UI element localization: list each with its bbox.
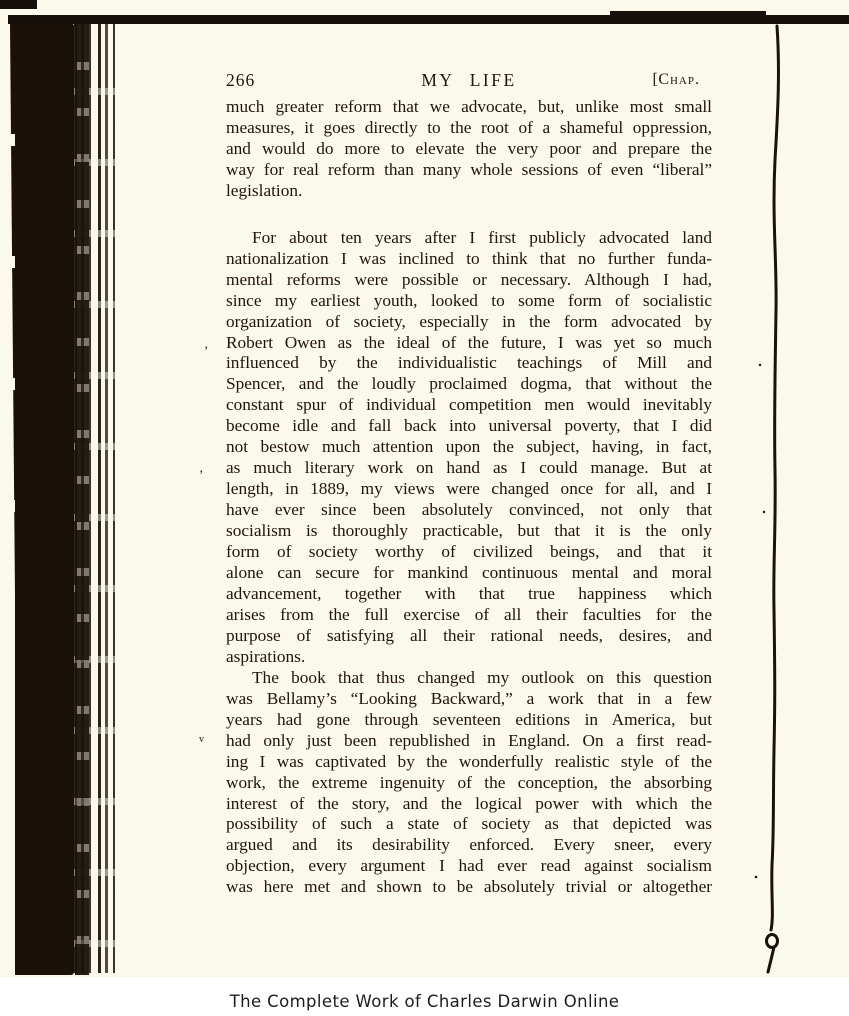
text-line: was Bellamy’s “Looking Backward,” a work… — [226, 689, 712, 710]
chapter-marker: [Chap. — [652, 71, 700, 89]
book-page-scan: 266 MY LIFE [Chap. much greater reform t… — [0, 0, 849, 978]
text-line: socialism is thoroughly practicable, but… — [226, 521, 712, 542]
text-line: form of society worthy of civilized bein… — [226, 542, 712, 563]
text-line: had only just been republished in Englan… — [226, 731, 712, 752]
text-line: much greater reform that we advocate, bu… — [226, 97, 712, 118]
text-line: not bestow much attention upon the subje… — [226, 437, 712, 458]
text-line: constant spur of individual competition … — [226, 395, 712, 416]
text-line: and would do more to elevate the very po… — [226, 139, 712, 160]
paragraph: much greater reform that we advocate, bu… — [226, 97, 712, 202]
text-line: arises from the full exercise of all the… — [226, 605, 712, 626]
text-line: have ever since been absolutely convince… — [226, 500, 712, 521]
text-line: nationalization I was inclined to think … — [226, 249, 712, 270]
text-line: work, the extreme ingenuity of the conce… — [226, 773, 712, 794]
gutter-streaks-heavy — [75, 24, 89, 975]
paragraph: The book that thus changed my outlook on… — [226, 668, 712, 898]
gutter-solid-band — [15, 24, 74, 975]
page-text: much greater reform that we advocate, bu… — [226, 97, 712, 898]
text-line: length, in 1889, my views were changed o… — [226, 479, 712, 500]
text-line: argued and its desirability enforced. Ev… — [226, 835, 712, 856]
text-line: legislation. — [226, 181, 712, 202]
text-line: organization of society, especially in t… — [226, 312, 712, 333]
scan-artifact-mark: v — [199, 735, 204, 745]
paragraph: For about ten years after I first public… — [226, 228, 712, 668]
text-line: Spencer, and the loudly proclaimed dogma… — [226, 374, 712, 395]
text-line: The book that thus changed my outlook on… — [226, 668, 712, 689]
text-line: years had gone through seventeen edition… — [226, 710, 712, 731]
page-header: 266 MY LIFE [Chap. — [226, 70, 712, 92]
text-line: purpose of satisfying all their rational… — [226, 626, 712, 647]
scan-top-left-notch — [0, 0, 37, 9]
text-line: alone can secure for mankind continuous … — [226, 563, 712, 584]
scan-artifact-mark: ’ — [199, 468, 203, 481]
screenshot-stage: 266 MY LIFE [Chap. much greater reform t… — [0, 0, 849, 1016]
text-line: was here met and shown to be absolutely … — [226, 877, 712, 898]
text-line: since my earliest youth, looked to some … — [226, 291, 712, 312]
text-line: objection, every argument I had ever rea… — [226, 856, 712, 877]
site-caption: The Complete Work of Charles Darwin Onli… — [0, 992, 849, 1011]
text-line: advancement, together with that true hap… — [226, 584, 712, 605]
text-line: way for real reform than many whole sess… — [226, 160, 712, 181]
text-line: interest of the story, and the logical p… — [226, 794, 712, 815]
scan-artifact-mark: ’ — [204, 344, 208, 357]
chapter-marker-text: Chap. — [658, 71, 700, 88]
text-line: aspirations. — [226, 647, 712, 668]
text-line: Robert Owen as the ideal of the future, … — [226, 333, 712, 354]
text-line: ing I was captivated by the wonderfully … — [226, 752, 712, 773]
text-line: measures, it goes directly to the root o… — [226, 118, 712, 139]
text-line: mental reforms were possible or necessar… — [226, 270, 712, 291]
page-edge-line — [730, 0, 820, 978]
text-line: become idle and fall back into universal… — [226, 416, 712, 437]
book-gutter-shadow — [0, 24, 124, 975]
text-line: possibility of such a state of society a… — [226, 814, 712, 835]
text-line: as much literary work on hand as I could… — [226, 458, 712, 479]
text-line: influenced by the individualistic teachi… — [226, 353, 712, 374]
running-title: MY LIFE — [226, 70, 712, 91]
text-line: For about ten years after I first public… — [226, 228, 712, 249]
